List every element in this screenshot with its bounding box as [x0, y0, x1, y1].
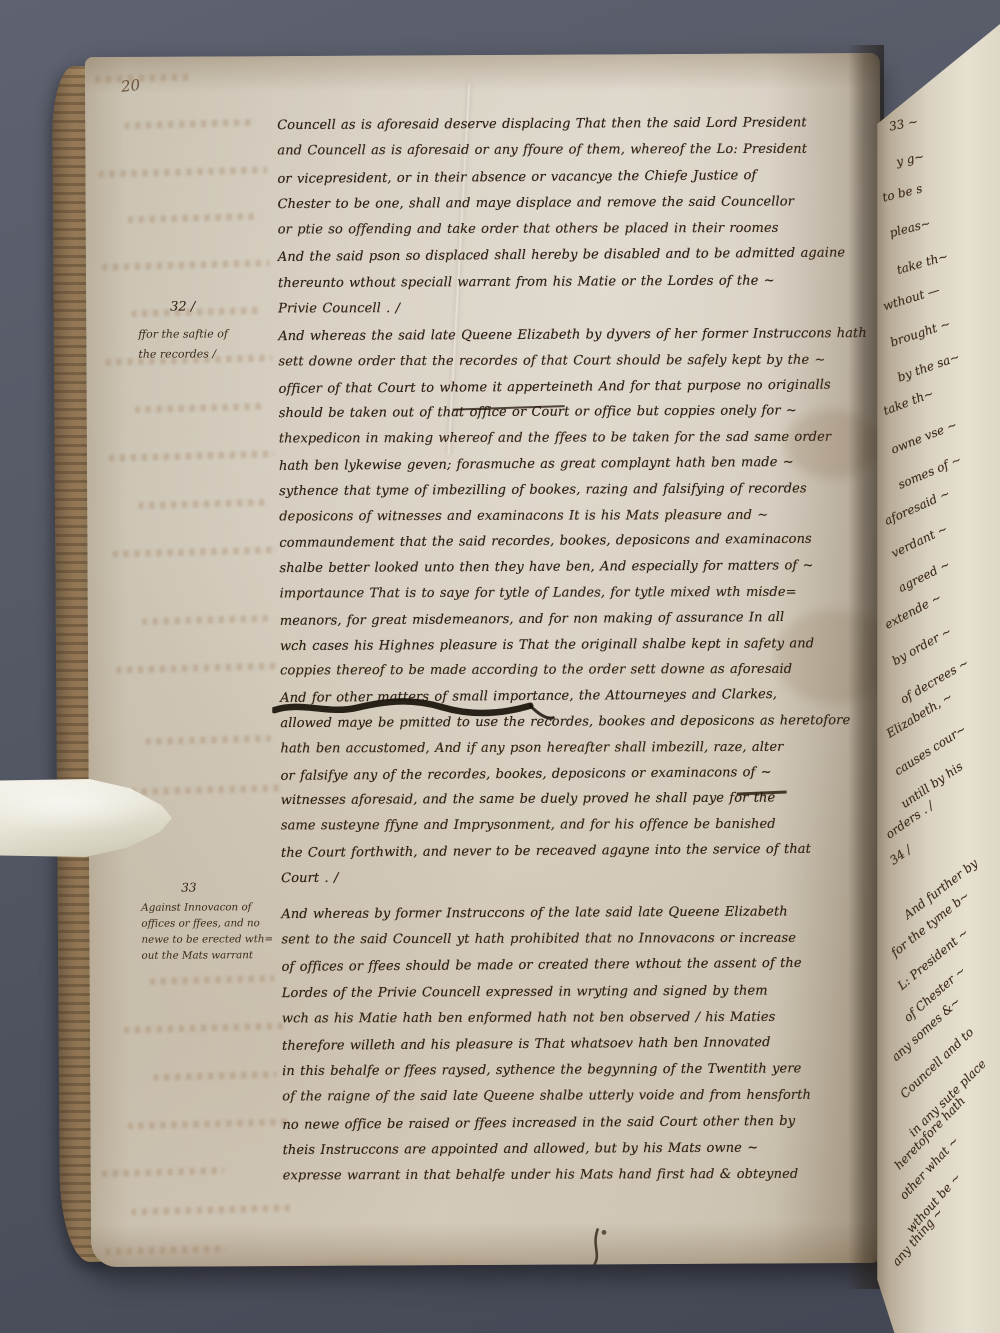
text-line: Councell as is aforesaid deserve displac… — [277, 110, 886, 140]
right-page-text-fragment: take th~ — [881, 386, 935, 418]
ghost-bleedthrough-line — [102, 1167, 225, 1177]
section-number-32: 32 / — [170, 300, 195, 315]
right-page-text-fragment: extende ~ — [882, 590, 943, 632]
ghost-bleedthrough-line — [116, 662, 280, 673]
ghost-bleedthrough-line — [131, 1204, 291, 1215]
text-line: coppies thereof to be made according to … — [280, 657, 886, 685]
text-line: And whereas the said late Queene Elizabe… — [278, 321, 886, 350]
ghost-bleedthrough — [85, 53, 880, 57]
ghost-bleedthrough-line — [105, 1245, 227, 1255]
text-line: of offices or ffees should be made or cr… — [282, 950, 887, 981]
section-33-paragraph: And whereas by former Instruccons of the… — [281, 899, 886, 1190]
text-line: witnesses aforesaid, and the same be due… — [281, 785, 886, 814]
ghost-bleedthrough-line — [112, 546, 277, 557]
text-line: or ptie so offending and take order that… — [278, 216, 886, 244]
folio-number: 20 — [120, 76, 141, 96]
section-32-paragraph: And whereas the said late Queene Elizabe… — [278, 321, 886, 892]
text-line: deposicons of witnesses and examinacons … — [279, 502, 886, 530]
text-line: commaundement that the said recordes, bo… — [279, 526, 886, 557]
ghost-bleedthrough-line — [124, 1022, 286, 1033]
text-line: And the said pson so displaced shall her… — [278, 241, 886, 272]
right-page-text-fragment: wthout — — [881, 282, 941, 313]
margin-note-line: newe to be erected wth= — [141, 931, 293, 948]
ghost-bleedthrough-line — [102, 259, 270, 270]
manuscript-right-page: ~o33 ~y g~to be spleas~take th~wthout —b… — [868, 0, 1000, 1333]
ghost-bleedthrough-line — [109, 450, 275, 461]
right-page-text-fragment: verdant ~ — [889, 522, 950, 561]
text-line: of the raigne of the said late Queene sh… — [282, 1083, 886, 1111]
text-line: no newe office be raised or ffees increa… — [282, 1108, 886, 1139]
text-line: and Councell as is aforesaid or any ffou… — [277, 137, 886, 165]
right-page-text-fragment: take th~ — [895, 249, 950, 277]
text-line: same susteyne ffyne and Imprysonment, an… — [281, 812, 886, 840]
page-tear — [576, 1226, 610, 1267]
text-line: or vicepresident, or in their absence or… — [277, 162, 886, 193]
text-line: And whereas by former Instruccons of the… — [281, 899, 886, 928]
right-page-text-fragment: by the sa~ — [896, 350, 962, 385]
text-line: Court . / — [281, 863, 886, 892]
right-page-text-fragment: somes of ~ — [896, 452, 963, 491]
photograph-backdrop: 20 Councell as is aforesaid deserve disp… — [0, 0, 1000, 1333]
text-line: sett downe order that the recordes of th… — [278, 347, 886, 375]
right-page-text-fragment: brought ~ — [888, 316, 952, 349]
ghost-bleedthrough-line — [128, 213, 259, 223]
right-page-text-fragment: pleas~ — [888, 216, 932, 240]
ghost-bleedthrough-line — [138, 499, 266, 509]
text-line: officer of that Court to whome it appert… — [278, 372, 886, 403]
text-line: Privie Councell . / — [278, 295, 886, 323]
ghost-bleedthrough-line — [145, 735, 271, 745]
text-line: thereunto wthout speciall warrant from h… — [278, 268, 886, 298]
ghost-bleedthrough-line — [98, 166, 267, 177]
text-line: sent to the said Councell yt hath prohib… — [281, 926, 886, 954]
manuscript-left-page: 20 Councell as is aforesaid deserve disp… — [85, 53, 886, 1267]
ghost-bleedthrough-line — [150, 975, 275, 985]
right-page-text-fragment: 34 / — [887, 842, 914, 867]
continuation-paragraph: Councell as is aforesaid deserve displac… — [277, 110, 886, 324]
text-line: the Court forthwith, and never to be rec… — [281, 836, 886, 867]
text-line: Lordes of the Privie Councell expressed … — [282, 977, 886, 1006]
text-line: expresse warrant in that behalfe under h… — [283, 1161, 887, 1189]
right-page-text-fragment: by order ~ — [890, 624, 954, 668]
margin-note-line: the recordes / — [138, 344, 288, 365]
text-line: or falsifye any of the recordes, bookes,… — [281, 759, 887, 790]
text-line: wch as his Matie hath ben enformed hath … — [282, 1004, 886, 1032]
right-page-text-fragment: to be s — [881, 182, 924, 205]
text-line: hath ben lykewise geven; forasmuche as g… — [279, 449, 886, 480]
text-line: sythence that tyme of imbezilling of boo… — [279, 476, 886, 505]
text-line: hath ben accustomed, And if any pson her… — [280, 734, 886, 762]
right-page-text-fragment: agreed ~ — [896, 557, 953, 595]
text-line: meanors, for great misdemeanors, and for… — [280, 604, 886, 635]
text-line: Chester to be one, shall and maye displa… — [278, 189, 887, 219]
stain — [271, 1260, 541, 1267]
text-line: therefore willeth and his pleasure is Th… — [282, 1029, 886, 1060]
margin-note-32: ffor the saftie ofthe recordes / — [138, 324, 288, 365]
margin-note-line: out the Mats warrant — [142, 947, 294, 964]
text-line: wch cases his Highnes pleasure is That t… — [280, 630, 886, 659]
ghost-bleedthrough-line — [153, 1071, 277, 1081]
ghost-bleedthrough-line — [127, 1118, 288, 1129]
ghost-bleedthrough-line — [124, 119, 256, 129]
right-page-text-fragment: 33 ~ — [888, 114, 919, 133]
section-number-33: 33 — [181, 881, 196, 895]
margin-note-line: offices or ffees, and no — [141, 915, 293, 932]
text-line: importaunce That is to saye for tytle of… — [280, 579, 887, 607]
ghost-bleedthrough-line — [120, 784, 283, 795]
ghost-bleedthrough-line — [142, 615, 269, 625]
text-line: should be taken out of that office or Co… — [279, 398, 887, 427]
ghost-bleedthrough-line — [135, 403, 264, 413]
text-line: in this behalfe or ffees raysed, sythenc… — [282, 1056, 886, 1085]
ink-blot — [272, 695, 572, 727]
text-line: shalbe better looked unto then they have… — [279, 553, 886, 582]
right-page-text-fragment: y g~ — [895, 149, 926, 169]
text-line: thexpedicon in making whereof and the ff… — [279, 425, 886, 453]
margin-note-line: ffor the saftie of — [138, 324, 288, 345]
margin-note-33: Against Innovacon ofoffices or ffees, an… — [141, 899, 293, 964]
margin-note-line: Against Innovacon of — [141, 899, 293, 916]
right-page-text-fragment: owne vse ~ — [889, 417, 959, 456]
ghost-bleedthrough-line — [131, 307, 261, 317]
text-line: theis Instruccons are appointed and allo… — [282, 1135, 886, 1164]
ghost-bleedthrough-line — [95, 74, 190, 83]
